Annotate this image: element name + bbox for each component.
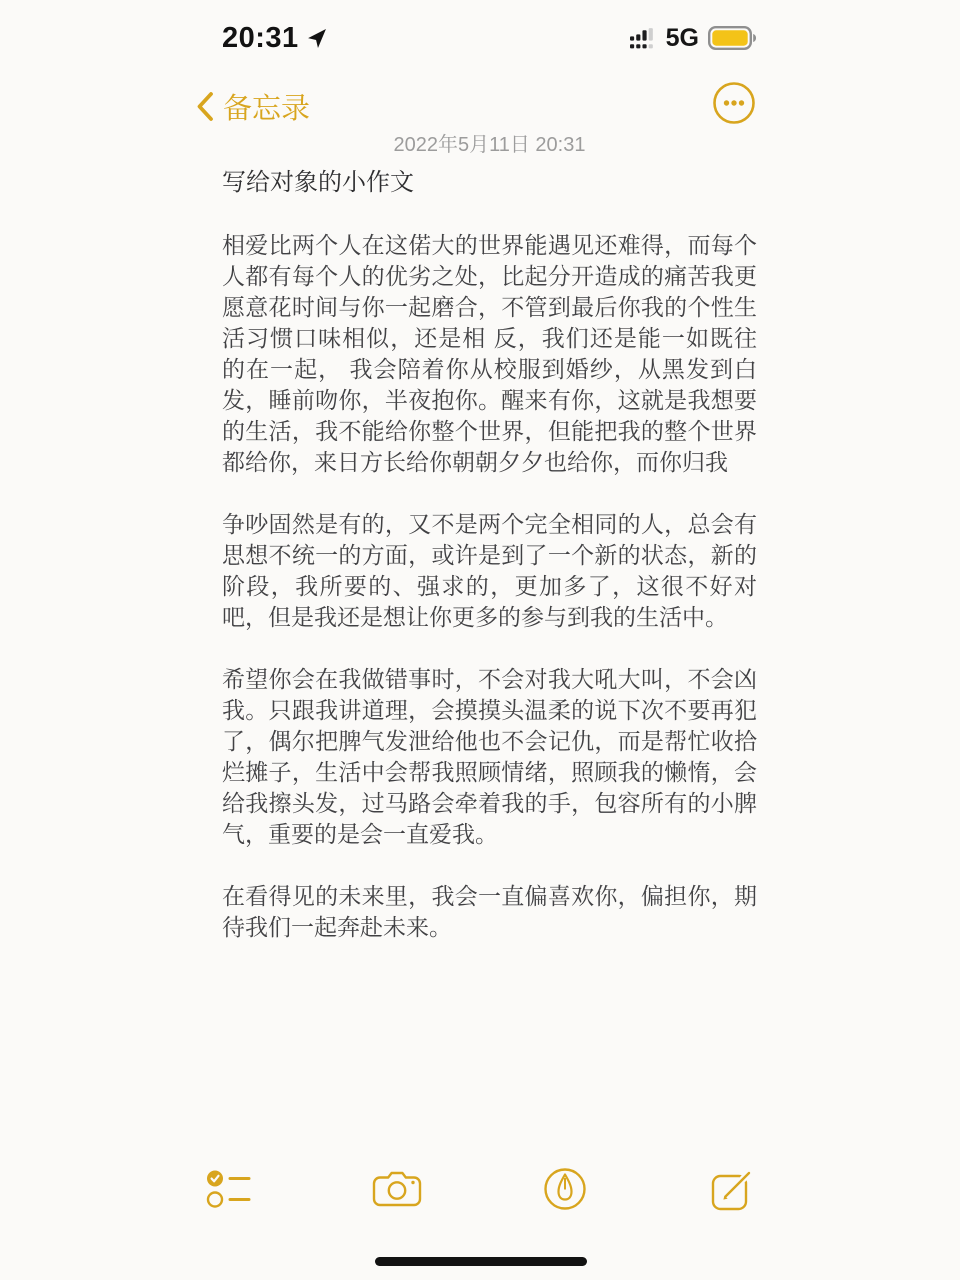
markup-button[interactable] <box>540 1164 590 1214</box>
status-left: 20:31 <box>198 22 327 55</box>
status-right: 5G <box>630 24 756 53</box>
note-paragraph[interactable]: 希望你会在我做错事时，不会对我大吼大叫，不会凶我。只跟我讲道理，会摸摸头温柔的说… <box>222 664 757 850</box>
status-time: 20:31 <box>222 22 299 55</box>
notes-app-screen: 20:31 5G <box>0 0 960 1280</box>
cellular-signal-icon <box>630 28 657 49</box>
status-bar: 20:31 5G <box>198 20 756 56</box>
location-arrow-icon <box>306 28 327 49</box>
ellipsis-circle-icon <box>711 80 757 126</box>
note-editor[interactable]: 2022年5月11日 20:31 写给对象的小作文 相爱比两个人在这偌大的世界能… <box>222 134 757 974</box>
checklist-button[interactable] <box>203 1164 253 1214</box>
home-indicator[interactable] <box>375 1257 587 1266</box>
checklist-icon <box>205 1168 251 1210</box>
note-paragraph[interactable]: 相爱比两个人在这偌大的世界能遇见还难得，而每个人都有每个人的优劣之处，比起分开造… <box>222 230 757 478</box>
markup-pen-icon <box>542 1166 588 1212</box>
camera-icon <box>372 1169 422 1209</box>
more-button[interactable] <box>710 80 758 128</box>
chevron-left-icon <box>196 91 214 122</box>
back-button[interactable]: 备忘录 <box>196 82 310 130</box>
compose-icon <box>710 1165 758 1213</box>
camera-button[interactable] <box>372 1164 422 1214</box>
compose-button[interactable] <box>709 1164 759 1214</box>
note-title[interactable]: 写给对象的小作文 <box>222 168 757 198</box>
battery-icon <box>708 26 756 50</box>
network-type-label: 5G <box>666 24 699 53</box>
note-paragraph[interactable]: 在看得见的未来里，我会一直偏喜欢你，偏担你，期待我们一起奔赴未来。 <box>222 881 757 943</box>
nav-bar: 备忘录 <box>196 82 758 130</box>
note-paragraph[interactable]: 争吵固然是有的，又不是两个完全相同的人，总会有思想不统一的方面，或许是到了一个新… <box>222 509 757 633</box>
back-label: 备忘录 <box>223 86 310 127</box>
note-date: 2022年5月11日 20:31 <box>222 134 757 156</box>
bottom-toolbar <box>203 1164 759 1214</box>
